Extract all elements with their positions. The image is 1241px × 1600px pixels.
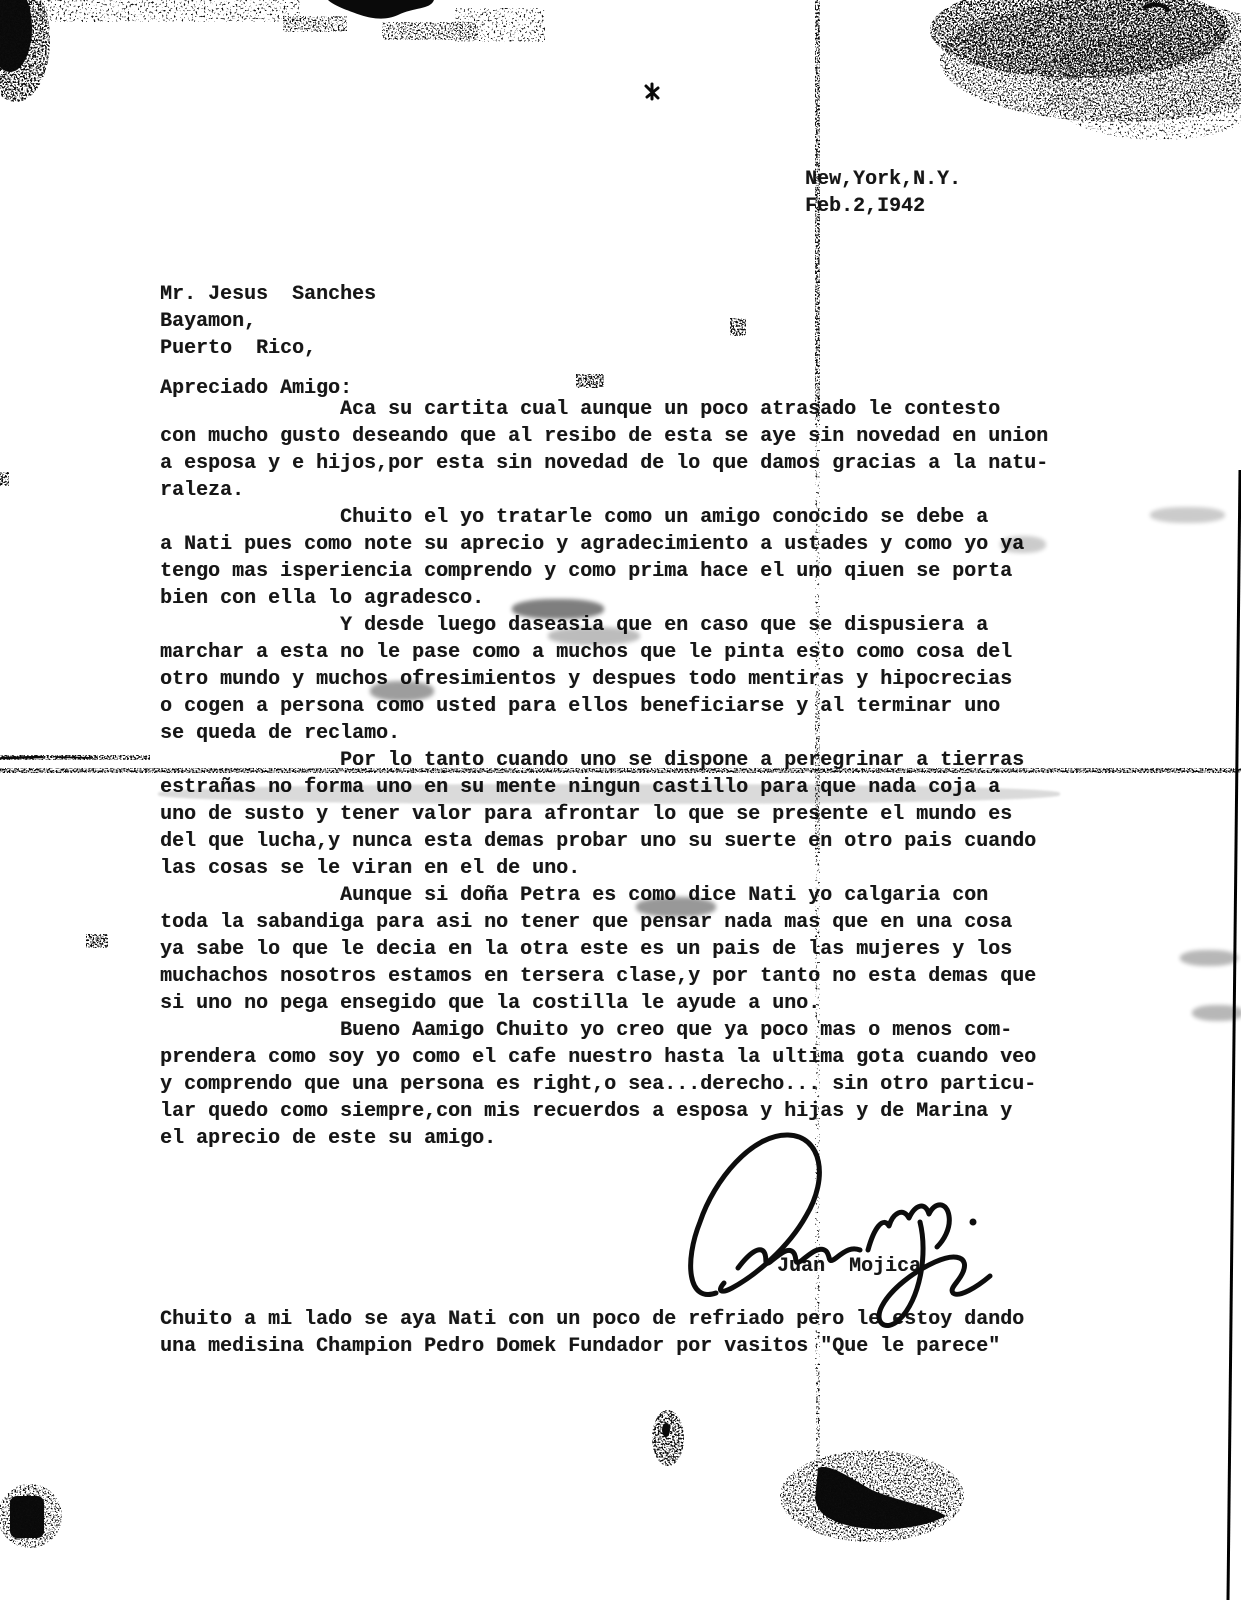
body-line: tengo mas isperiencia comprendo y como p…: [160, 558, 1048, 585]
body-line: Aunque si doña Petra es como dice Nati y…: [160, 882, 1048, 909]
body-line: se queda de reclamo.: [160, 720, 1048, 747]
recipient-city: Bayamon,: [160, 308, 376, 335]
right-edge-scan-line: [1228, 470, 1240, 1600]
body-line: estrañas no forma uno en su mente ningun…: [160, 774, 1048, 801]
bottom-center-artifact: [652, 1410, 684, 1466]
corner-artifact-top-left: [0, 0, 50, 102]
body-line: Por lo tanto cuando uno se dispone a per…: [160, 747, 1048, 774]
body-line: del que lucha,y nunca esta demas probar …: [160, 828, 1048, 855]
recipient-country: Puerto Rico,: [160, 335, 376, 362]
body-line: uno de susto y tener valor para afrontar…: [160, 801, 1048, 828]
paragraph: Por lo tanto cuando uno se dispone a per…: [160, 747, 1048, 882]
body-line: las cosas se le viran en el de uno.: [160, 855, 1048, 882]
body-line: o cogen a persona como usted para ellos …: [160, 693, 1048, 720]
postscript: Chuito a mi lado se aya Nati con un poco…: [160, 1306, 1024, 1360]
corner-artifact-bottom-left: [0, 1484, 62, 1548]
signature-script: [691, 1135, 990, 1326]
recipient-name: Mr. Jesus Sanches: [160, 281, 376, 308]
body-line: otro mundo y muchos ofresimientos y desp…: [160, 666, 1048, 693]
paragraph: Aca su cartita cual aunque un poco atras…: [160, 396, 1048, 504]
body-line: Aca su cartita cual aunque un poco atras…: [160, 396, 1048, 423]
body-line: a esposa y e hijos,por esta sin novedad …: [160, 450, 1048, 477]
body-line: bien con ella lo agradesco.: [160, 585, 1048, 612]
body-line: a Nati pues como note su aprecio y agrad…: [160, 531, 1048, 558]
star-mark: [646, 84, 658, 99]
body-line: ya sabe lo que le decia en la otra este …: [160, 936, 1048, 963]
recipient-address: Mr. Jesus Sanches Bayamon, Puerto Rico,: [160, 281, 376, 362]
typed-signature-name: Juan Mojica: [777, 1253, 921, 1280]
top-center-artifact: [283, 0, 545, 42]
paragraph: Chuito el yo tratarle como un amigo cono…: [160, 504, 1048, 612]
dateline: New,York,N.Y. Feb.2,I942: [805, 166, 961, 220]
body-line: Chuito el yo tratarle como un amigo cono…: [160, 504, 1048, 531]
body-line: raleza.: [160, 477, 1048, 504]
body-line: el aprecio de este su amigo.: [160, 1125, 1048, 1152]
corner-artifact-top-right: [930, 0, 1241, 140]
dateline-date: Feb.2,I942: [805, 193, 961, 220]
ink-smudge-edge: [1192, 1005, 1241, 1021]
postscript-line: Chuito a mi lado se aya Nati con un poco…: [160, 1306, 1024, 1333]
paragraph: Y desde luego daseasia que en caso que s…: [160, 612, 1048, 747]
body-line: toda la sabandiga para asi no tener que …: [160, 909, 1048, 936]
letter-body: Aca su cartita cual aunque un poco atras…: [160, 396, 1048, 1152]
body-line: lar quedo como siempre,con mis recuerdos…: [160, 1098, 1048, 1125]
scanned-letter-page: New,York,N.Y. Feb.2,I942 Mr. Jesus Sanch…: [0, 0, 1241, 1600]
body-line: muchachos nosotros estamos en tersera cl…: [160, 963, 1048, 990]
body-line: si uno no pega ensegido que la costilla …: [160, 990, 1048, 1017]
body-line: Y desde luego daseasia que en caso que s…: [160, 612, 1048, 639]
top-edge-speckle: [40, 0, 300, 22]
corner-artifact-bottom-right: [780, 1450, 964, 1542]
postscript-line: una medisina Champion Pedro Domek Fundad…: [160, 1333, 1024, 1360]
paragraph: Aunque si doña Petra es como dice Nati y…: [160, 882, 1048, 1017]
body-line: marchar a esta no le pase como a muchos …: [160, 639, 1048, 666]
body-line: prendera como soy yo como el cafe nuestr…: [160, 1044, 1048, 1071]
body-line: con mucho gusto deseando que al resibo d…: [160, 423, 1048, 450]
dateline-city: New,York,N.Y.: [805, 166, 961, 193]
paragraph: Bueno Aamigo Chuito yo creo que ya poco …: [160, 1017, 1048, 1152]
body-line: y comprendo que una persona es right,o s…: [160, 1071, 1048, 1098]
ink-smudge-edge: [1180, 950, 1238, 966]
ink-smudge-edge: [1150, 507, 1225, 523]
body-line: Bueno Aamigo Chuito yo creo que ya poco …: [160, 1017, 1048, 1044]
